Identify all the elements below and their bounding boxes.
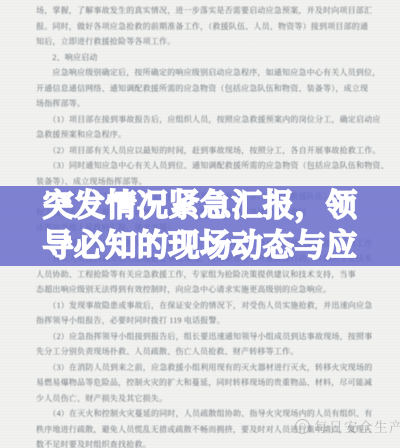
document-line: 数不足时要及时组织查找抢救。	[36, 437, 374, 448]
document-line: 先分工分别负责现场扑救、人员疏散、伤亡人员抢救、财产转移等工作。	[36, 344, 374, 360]
banner-title-line-1: 突发情况紧急汇报，领	[43, 186, 358, 227]
document-line: 急救援预案和应急程序。	[36, 127, 374, 143]
document-line: 场指挥部等。	[36, 96, 374, 112]
document-line: 指挥领导小组报告，必要时同时拨打 119 电话报警。	[36, 313, 374, 329]
document-line: （2）项目部有关人员应以最短的时间，赶到事故现场，按照分工，各自开展事故抢救工作…	[36, 143, 374, 159]
document-line: 少人员伤亡、财产损失及其它损失。	[36, 391, 374, 407]
document-line: 2、响应启动	[36, 50, 374, 66]
document-line: 态超出响应级别无法得到有效控制时，向应急中心请求实施更高级别的应急响应。	[36, 282, 374, 298]
document-line: （3）同时通知应急中心有关人员到位、通知调配救援所需的应急物资（包括应急队伍和物…	[36, 158, 374, 174]
document-line: 报。同时，做好各项应急抢救的前期准备工作，（救援队伍、人员、物资等）接到项目部的…	[36, 19, 374, 35]
document-line: 知后，立即进行救援抢险等各项工作。	[36, 34, 374, 50]
watermark: 每日安全生产	[295, 416, 400, 436]
document-line: 开通信息通信网络、通知调配救援所需的应急物资（包括应急队伍和物资、装备等），成立…	[36, 81, 374, 97]
document-line: （1）发现事故隐患或事故后，在保证安全的情况下，对受伤人员实施抢救，并迅速向应急	[36, 298, 374, 314]
document-line: 场，掌握，了解事故发生的真实情况，进一步落实是否需要启动应急预案，并及时向项目部…	[36, 3, 374, 19]
document-line: 人员协助、工程抢险等有关应急救援工作，专家组为抢险决策提供建议和技术支持，当事	[36, 267, 374, 283]
document-line: （3）在消防人员到来之前，应急救援小组利用现有的灭火器材进行灭火，转移火灾现场的	[36, 360, 374, 376]
watermark-label: 每日安全生产	[314, 416, 400, 436]
banner-title-line-2: 导必知的现场动态与应	[43, 226, 358, 267]
document-line: 易燃易爆物品等危险品，控制火灾的扩大和蔓延，同时转移现场的贵重物品、材料，尽可能…	[36, 375, 374, 391]
document-page: 场，掌握，了解事故发生的真实情况，进一步落实是否需要启动应急预案，并及时向项目部…	[0, 0, 400, 448]
document-line: （1）项目部在接到事故报告后，应组织人员，按照应急救援预案内的岗位分工，确定启动…	[36, 112, 374, 128]
document-line: （2）应急指挥领导小组接到报告后，组长要迅速通知领导小组成员到达事故现场，按照事	[36, 329, 374, 345]
document-line: 应急响应级别确定后，按所确定的响应级别启动应急程序，如通知应急中心有关人员到位，	[36, 65, 374, 81]
title-banner: 突发情况紧急汇报，领 导必知的现场动态与应	[0, 186, 400, 266]
watermark-logo-icon	[295, 419, 310, 434]
